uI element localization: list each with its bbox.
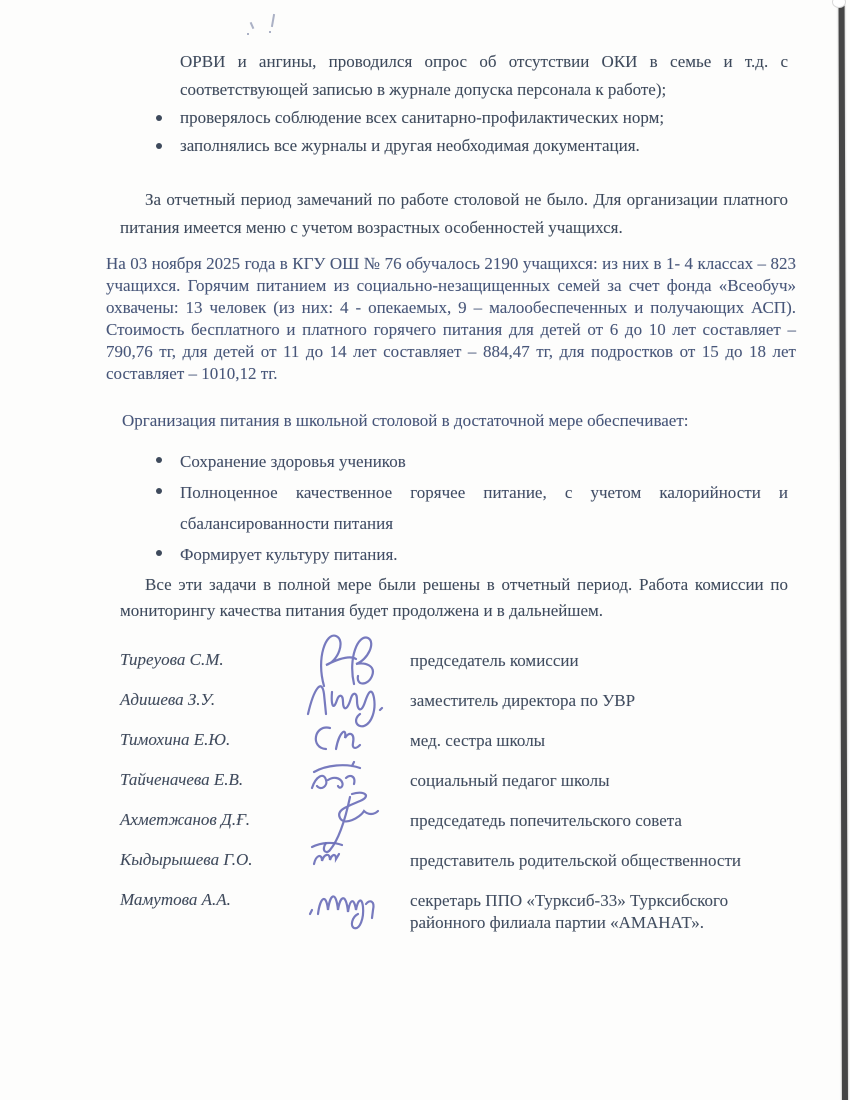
list-item: Формирует культуру питания. bbox=[180, 539, 788, 570]
summary-paragraph: За отчетный период замечаний по работе с… bbox=[120, 186, 788, 242]
signer-name: Адишева З.У. bbox=[120, 682, 300, 710]
signature-row: Адишева З.У. заместитель директора по УВ… bbox=[120, 682, 790, 722]
signer-name: Мамутова А.А. bbox=[120, 882, 300, 910]
statistics-paragraph: На 03 ноября 2025 года в КГУ ОШ № 76 обу… bbox=[106, 253, 796, 385]
handwritten-signature-icon bbox=[300, 882, 410, 922]
scanned-report-page: ОРВИ и ангины, проводился опрос об отсут… bbox=[0, 0, 850, 1100]
provides-list: Сохранение здоровья учеников Полноценное… bbox=[120, 446, 788, 570]
signer-role: председатель комиссии bbox=[410, 642, 790, 672]
ink-speck bbox=[271, 14, 275, 27]
signer-name: Тимохина Е.Ю. bbox=[120, 722, 300, 750]
signer-role: представитель родительской общественност… bbox=[410, 842, 790, 872]
provides-heading-paragraph: Организация питания в школьной столовой … bbox=[122, 411, 788, 431]
list-item: проверялось соблюдение всех санитарно-пр… bbox=[180, 104, 788, 132]
signer-name: Кыдырышева Г.О. bbox=[120, 842, 300, 870]
signer-name: Ахметжанов Д.Ғ. bbox=[120, 802, 300, 830]
signature-row: Кыдырышева Г.О. представитель родительск… bbox=[120, 842, 790, 882]
sanitary-checks-list: проверялось соблюдение всех санитарно-пр… bbox=[120, 104, 788, 160]
ink-speck bbox=[247, 33, 249, 35]
signature-row: Мамутова А.А. секретарь ППО «Турксиб-33»… bbox=[120, 882, 790, 938]
signature-row: Тимохина Е.Ю. мед. сестра школы bbox=[120, 722, 790, 762]
document-body: ОРВИ и ангины, проводился опрос об отсут… bbox=[120, 48, 788, 624]
signer-name: Тайченачева Е.В. bbox=[120, 762, 300, 790]
signature-row: Ахметжанов Д.Ғ. председатедь попечительс… bbox=[120, 802, 790, 842]
signature-row: Тайченачева Е.В. социальный педагог школ… bbox=[120, 762, 790, 802]
signature-block: Тиреуова С.М. председатель комиссии Адиш… bbox=[120, 642, 790, 938]
signer-role: социальный педагог школы bbox=[410, 762, 790, 792]
signer-role: секретарь ППО «Турксиб-33» Турксибского … bbox=[410, 882, 790, 934]
signature-row: Тиреуова С.М. председатель комиссии bbox=[120, 642, 790, 682]
conclusion-paragraph: Все эти задачи в полной мере были решены… bbox=[120, 572, 788, 624]
list-item: заполнялись все журналы и другая необход… bbox=[180, 132, 788, 160]
list-item: Полноценное качественное горячее питание… bbox=[180, 477, 788, 539]
carryover-paragraph: ОРВИ и ангины, проводился опрос об отсут… bbox=[180, 48, 788, 104]
signer-role: мед. сестра школы bbox=[410, 722, 790, 752]
signer-name: Тиреуова С.М. bbox=[120, 642, 300, 670]
signer-role: заместитель директора по УВР bbox=[410, 682, 790, 712]
ink-speck bbox=[269, 31, 271, 33]
scanner-edge-artifact bbox=[839, 4, 848, 1100]
ink-speck bbox=[250, 22, 255, 29]
signer-role: председатедь попечительского совета bbox=[410, 802, 790, 832]
list-item: Сохранение здоровья учеников bbox=[180, 446, 788, 477]
